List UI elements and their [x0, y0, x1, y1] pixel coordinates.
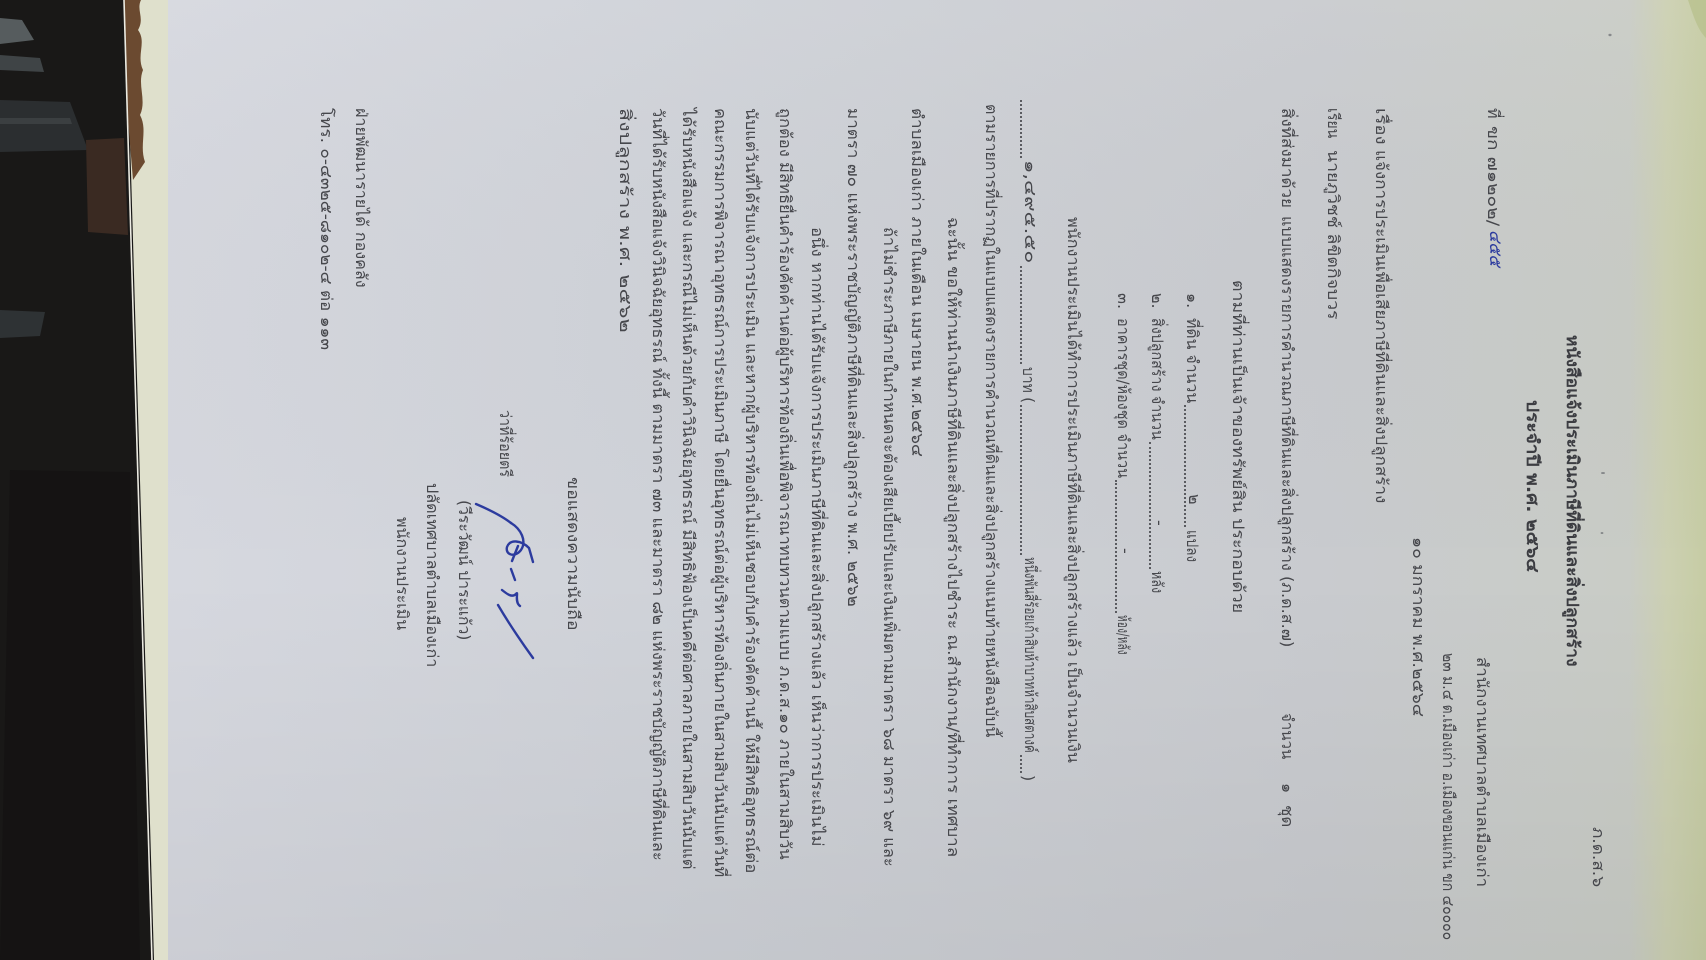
overlay-marks [0, 0, 1706, 960]
specks [1601, 34, 1612, 534]
document-photo: ภ.ด.ส.๖ หนังสือแจ้งประเมินภาษีที่ดินและส… [0, 0, 1706, 960]
signature [476, 504, 533, 658]
